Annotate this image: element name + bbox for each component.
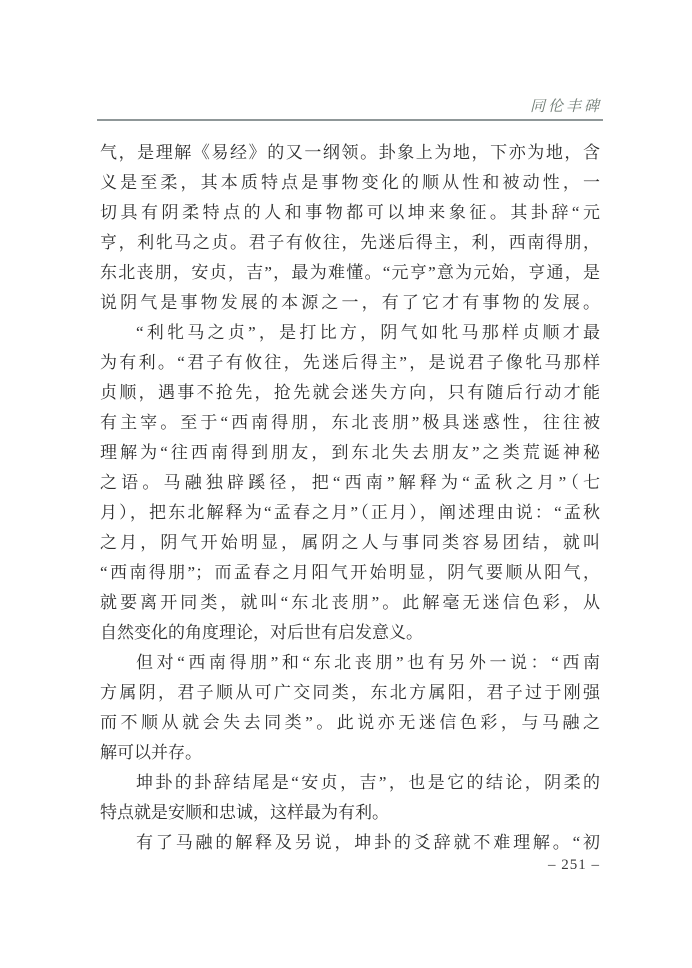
text-line: 解可以并存。 (100, 738, 600, 768)
page-number: – 251 – (100, 857, 600, 874)
text-line: 自然变化的角度理论，对后世有启发意义。 (100, 618, 600, 648)
text-line: 有了马融的解释及另说，坤卦的爻辞就不难理解。“初 (100, 828, 600, 858)
text-line: 理解为“往西南得到朋友，到东北失去朋友”之类荒诞神秘 (100, 438, 600, 468)
running-head: 同伦丰碑 (98, 95, 602, 116)
text-line: 贞顺，遇事不抢先，抢先就会迷失方向，只有随后行动才能 (100, 378, 600, 408)
text-line: 月），把东北解释为“孟春之月”（正月），阐述理由说：“孟秋 (100, 498, 600, 528)
text-line: 义是至柔，其本质特点是事物变化的顺从性和被动性，一 (100, 168, 600, 198)
text-line: 有主宰。至于“西南得朋，东北丧朋”极具迷惑性，往往被 (100, 408, 600, 438)
text-line: 坤卦的卦辞结尾是“安贞，吉”，也是它的结论，阴柔的 (100, 768, 600, 798)
body-text: 气，是理解《易经》的又一纲领。卦象上为地，下亦为地，含义是至柔，其本质特点是事物… (100, 138, 600, 858)
text-line: 之月，阴气开始明显，属阴之人与事同类容易团结，就叫 (100, 528, 600, 558)
text-line: 方属阴，君子顺从可广交同类，东北方属阳，君子过于刚强 (100, 678, 600, 708)
text-line: 为有利。“君子有攸往，先迷后得主”，是说君子像牝马那样 (100, 348, 600, 378)
text-line: “西南得朋”；而孟春之月阳气开始明显，阴气要顺从阳气， (100, 558, 600, 588)
text-line: 切具有阴柔特点的人和事物都可以坤来象征。其卦辞“元 (100, 198, 600, 228)
text-line: 特点就是安顺和忠诚，这样最为有利。 (100, 798, 600, 828)
text-line: 但对“西南得朋”和“东北丧朋”也有另外一说：“西南 (100, 648, 600, 678)
text-line: 之语。马融独辟蹊径，把“西南”解释为“孟秋之月”（七 (100, 468, 600, 498)
text-line: 气，是理解《易经》的又一纲领。卦象上为地，下亦为地，含 (100, 138, 600, 168)
text-line: 亨，利牝马之贞。君子有攸往，先迷后得主，利，西南得朋， (100, 228, 600, 258)
text-line: 而不顺从就会失去同类”。此说亦无迷信色彩，与马融之 (100, 708, 600, 738)
text-line: 说阴气是事物发展的本源之一，有了它才有事物的发展。 (100, 288, 600, 318)
book-page: 同伦丰碑 气，是理解《易经》的又一纲领。卦象上为地，下亦为地，含义是至柔，其本质… (0, 0, 692, 968)
text-line: 就要离开同类，就叫“东北丧朋”。此解毫无迷信色彩，从 (100, 588, 600, 618)
text-line: 东北丧朋，安贞，吉”，最为难懂。“元亨”意为元始，亨通，是 (100, 258, 600, 288)
header-rule (97, 119, 603, 121)
text-line: “利牝马之贞”，是打比方，阴气如牝马那样贞顺才最 (100, 318, 600, 348)
